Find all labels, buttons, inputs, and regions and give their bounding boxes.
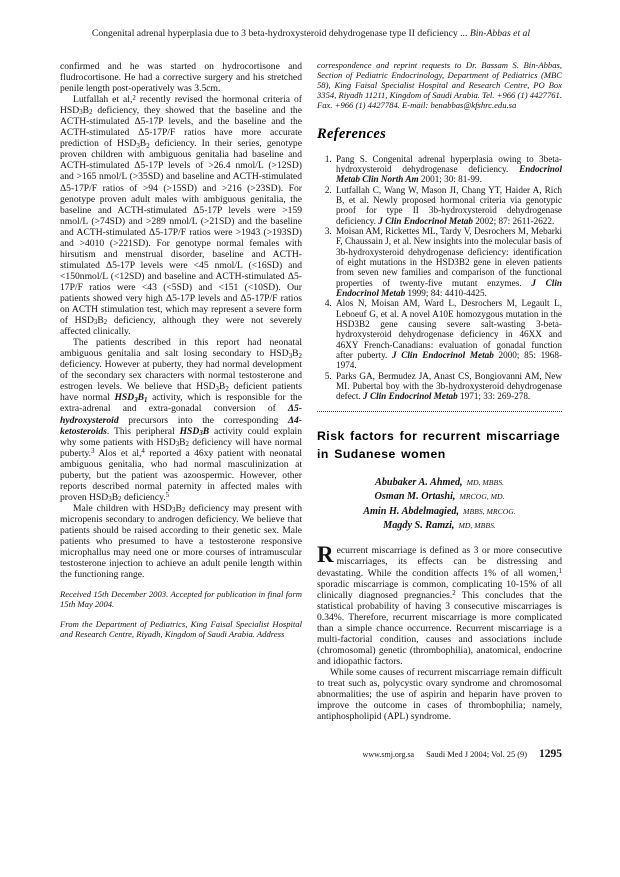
author-name: Magdy S. Ramzi, bbox=[383, 520, 454, 531]
author-line: Amin H. Abdelmagied, MBBS, MRCOG. bbox=[317, 504, 562, 518]
footer-journal-citation: Saudi Med J 2004; Vol. 25 (9) bbox=[426, 750, 527, 759]
article2-title: Risk factors for recurrent miscarriage i… bbox=[317, 427, 562, 463]
article1-paragraph-1: confirmed and he was started on hydrocor… bbox=[60, 61, 302, 94]
reference-item: Alos N, Moisan AM, Ward L, Desrochers M,… bbox=[334, 298, 562, 370]
author-name: Osman M. Ortashi, bbox=[374, 491, 455, 502]
article1-paragraph-4: Male children with HSD3B2 deficiency may… bbox=[60, 503, 302, 580]
running-head: Congenital adrenal hyperplasia due to 3 … bbox=[60, 28, 562, 40]
page-number: 1295 bbox=[539, 748, 562, 760]
correspondence-note: correspondence and reprint requests to D… bbox=[317, 61, 562, 111]
references-list: Pang S. Congenital adrenal hyperplasia o… bbox=[317, 154, 562, 402]
section-divider bbox=[317, 411, 562, 412]
author-name: Amin H. Abdelmagied, bbox=[363, 506, 459, 517]
author-name: Abubaker A. Ahmed, bbox=[375, 477, 463, 488]
affiliation-note: From the Department of Pediatrics, King … bbox=[60, 620, 302, 640]
reference-item: Pang S. Congenital adrenal hyperplasia o… bbox=[334, 154, 562, 185]
left-column: confirmed and he was started on hydrocor… bbox=[60, 61, 302, 760]
article2-paragraph-1-text: ecurrent miscarriage is defined as 3 or … bbox=[317, 545, 562, 666]
reference-item: Parks GA, Bermudez JA, Anast CS, Bongiov… bbox=[334, 371, 562, 402]
reference-item: Lutfallah C, Wang W, Mason JI, Chang YT,… bbox=[334, 185, 562, 226]
article2-paragraph-2: While some causes of recurrent miscarria… bbox=[317, 667, 562, 722]
author-line: Abubaker A. Ahmed, MD, MBBS. bbox=[317, 475, 562, 489]
journal-page: Congenital adrenal hyperplasia due to 3 … bbox=[0, 0, 620, 760]
references-heading: References bbox=[317, 126, 562, 143]
page-footer: www.smj.org.sa Saudi Med J 2004; Vol. 25… bbox=[317, 748, 562, 760]
two-column-layout: confirmed and he was started on hydrocor… bbox=[60, 61, 562, 760]
author-qualifications: MD, MBBS. bbox=[458, 521, 495, 530]
article1-paragraph-2: Lutfallah et al,2 recently revised the h… bbox=[60, 94, 302, 337]
article2-author-block: Abubaker A. Ahmed, MD, MBBS. Osman M. Or… bbox=[317, 475, 562, 533]
running-head-authors: Bin-Abbas et al bbox=[470, 28, 530, 39]
author-qualifications: MBBS, MRCOG. bbox=[463, 507, 516, 516]
article1-paragraph-3: The patients described in this report ha… bbox=[60, 337, 302, 503]
article2-paragraph-1: Recurrent miscarriage is defined as 3 or… bbox=[317, 545, 562, 667]
author-qualifications: MD, MBBS. bbox=[467, 478, 504, 487]
received-note: Received 15th December 2003. Accepted fo… bbox=[60, 590, 302, 610]
author-line: Osman M. Ortashi, MRCOG, MD. bbox=[317, 489, 562, 503]
footer-website: www.smj.org.sa bbox=[363, 750, 415, 759]
right-column: correspondence and reprint requests to D… bbox=[317, 61, 562, 760]
drop-cap: R bbox=[317, 545, 337, 565]
author-qualifications: MRCOG, MD. bbox=[459, 492, 504, 501]
running-head-title: Congenital adrenal hyperplasia due to 3 … bbox=[92, 28, 470, 39]
reference-item: Moisan AM, Rickettes ML, Tardy V, Desroc… bbox=[334, 226, 562, 298]
author-line: Magdy S. Ramzi, MD, MBBS. bbox=[317, 518, 562, 532]
